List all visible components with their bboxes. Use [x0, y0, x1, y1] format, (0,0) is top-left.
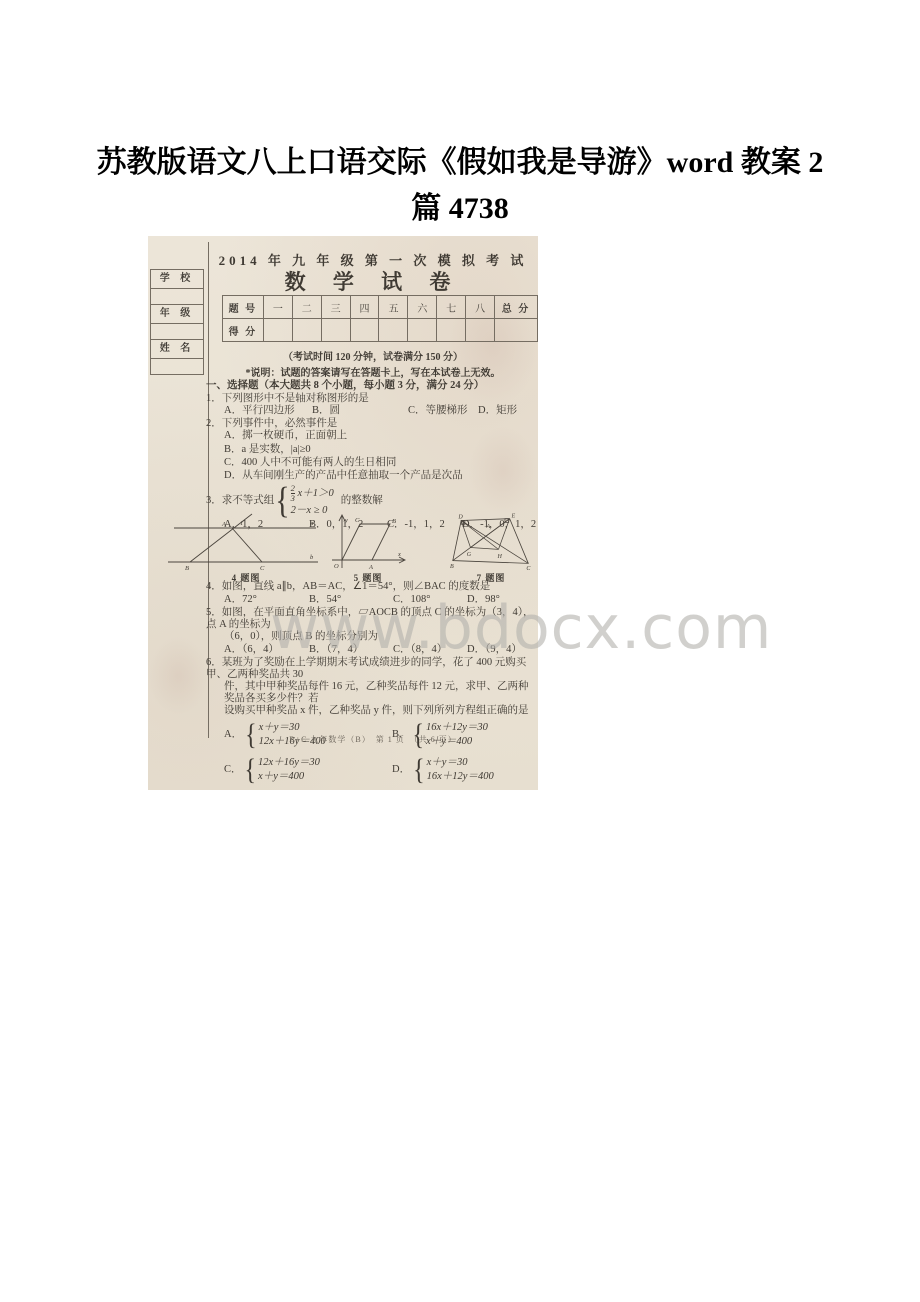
figures-row: A 1 a b B C 4 题图 y x O	[158, 512, 532, 582]
option-label: A．	[224, 729, 242, 741]
equation: x＋y＝400	[258, 770, 320, 784]
option: A．平行四边形	[224, 405, 312, 417]
score-table-blank-cell	[379, 319, 408, 342]
svg-text:G: G	[467, 552, 472, 558]
option-label: D．	[392, 764, 410, 776]
svg-text:B: B	[185, 565, 189, 570]
system-brace: {	[245, 762, 257, 777]
option: C．108°	[393, 594, 467, 606]
equation-system-d: D． { x＋y＝30 16x＋12y＝400	[392, 756, 538, 783]
question-6-stem: 6．某班为了奖励在上学期期末考试成绩进步的同学，花了 400 元购买甲、乙两种奖…	[206, 657, 538, 681]
equations: x＋y＝30 16x＋12y＝400	[427, 756, 494, 783]
exam-scan-image: 学 校 年 级 姓 名 2014 年 九 年 级 第 一 次 模 拟 考 试 数…	[148, 236, 538, 790]
equation: x＋y＝30	[427, 756, 494, 770]
score-table-cell: 五	[379, 296, 408, 319]
svg-text:C: C	[260, 565, 265, 570]
svg-text:A: A	[485, 524, 490, 530]
option: B．（7，4）	[309, 644, 393, 656]
question-1-stem: 1．下列图形中不是轴对称图形的是	[206, 393, 536, 405]
svg-text:A: A	[368, 564, 373, 570]
exam-instruction-note: *说明：试题的答案请写在答题卡上，写在本试卷上无效。	[214, 364, 532, 379]
svg-text:H: H	[497, 554, 503, 560]
exam-page-footer: B+C 九年数学（B） 第 1 页 （共 6 页）	[243, 734, 503, 745]
inequality-1: 23 x＋1＞0	[291, 484, 334, 503]
option: B．圆	[312, 405, 408, 417]
score-table-cell: 得 分	[223, 319, 264, 342]
system-brace: {	[275, 494, 289, 508]
score-table-cell: 八	[466, 296, 495, 319]
question-5-options: A．（6，4） B．（7，4） C．（8，4） D．（9，4）	[206, 644, 538, 656]
scan-bleedthrough-mark	[148, 636, 208, 716]
equation: 12x＋16y＝30	[258, 756, 320, 770]
question-3-suffix: 的整数解	[341, 495, 383, 507]
score-table-cell: 六	[408, 296, 437, 319]
option-label: C．	[224, 764, 242, 776]
score-table-blank-cell	[263, 319, 292, 342]
svg-text:D: D	[457, 515, 463, 521]
option: A．掷一枚硬币，正面朝上	[206, 430, 536, 442]
questions-block-bottom: 4．如图，直线 a∥b，AB＝AC，∠1＝54°，则∠BAC 的度数是 A．72…	[206, 580, 538, 783]
document-page: 苏教版语文八上口语交际《假如我是导游》word 教案 2 篇 4738 学 校 …	[0, 0, 920, 1302]
question-5-stem-continued: （6，0），则顶点 B 的坐标分别为	[206, 631, 538, 643]
svg-text:C: C	[526, 566, 531, 570]
page-title-line1: 苏教版语文八上口语交际《假如我是导游》word 教案 2	[60, 140, 860, 186]
equations: 12x＋16y＝30 x＋y＝400	[258, 756, 320, 783]
score-table-cell: 题 号	[223, 296, 264, 319]
question-6-stem-continued: 设购买甲种奖品 x 件，乙种奖品 y 件，则下列所列方程组正确的是	[206, 705, 538, 717]
score-table-blank-cell	[408, 319, 437, 342]
score-table-blank-cell	[292, 319, 321, 342]
inequality-1-rest: x＋1＞0	[298, 488, 334, 499]
exam-time-note: （考试时间 120 分钟，试卷满分 150 分）	[214, 348, 532, 363]
score-table-cell: 三	[321, 296, 350, 319]
svg-text:1: 1	[240, 520, 243, 527]
score-table-cell: 七	[437, 296, 466, 319]
fraction: 23	[291, 484, 295, 503]
question-6-equation-systems: A． { x＋y＝30 12x＋16y＝400 B． { 16x＋12y＝30 …	[206, 721, 538, 783]
school-field-blank	[150, 288, 204, 305]
student-info-column: 学 校 年 级 姓 名	[150, 270, 204, 375]
question-3-prefix: 3．求不等式组	[206, 495, 274, 507]
figure-4-drawing: A 1 a b B C	[166, 512, 326, 570]
option: D．从车间刚生产的产品中任意抽取一个产品是次品	[206, 470, 536, 482]
score-table-cell: 总 分	[495, 296, 538, 319]
score-table-cell: 一	[263, 296, 292, 319]
score-table-blank-cell	[466, 319, 495, 342]
questions-block-top: 一、选择题（本大题共 8 个小题，每小题 3 分，满分 24 分） 1．下列图形…	[206, 380, 536, 531]
svg-text:b: b	[310, 554, 314, 561]
figure-5-drawing: y x O A B C	[328, 512, 408, 570]
score-table-score-row: 得 分	[223, 319, 538, 342]
fraction-numerator: 2	[291, 483, 295, 493]
svg-text:C: C	[355, 517, 360, 524]
figure-7-drawing: D E A G H B C	[450, 512, 532, 570]
question-4-options: A．72° B．54° C．108° D．98°	[206, 594, 538, 606]
equation: 16x＋12y＝400	[427, 770, 494, 784]
svg-text:A: A	[221, 521, 226, 528]
svg-text:E: E	[511, 514, 516, 520]
score-table-cell: 四	[350, 296, 379, 319]
score-table-header-row: 题 号 一 二 三 四 五 六 七 八 总 分	[223, 296, 538, 319]
equation-system-c: C． { 12x＋16y＝30 x＋y＝400	[224, 756, 392, 783]
option: D．矩形	[478, 405, 517, 417]
score-table-blank-cell	[437, 319, 466, 342]
question-6-stem-continued: 件，其中甲种奖品每件 16 元，乙种奖品每件 12 元，求甲、乙两种奖品各买多少…	[206, 681, 538, 705]
svg-text:a: a	[310, 520, 313, 527]
name-field-label: 姓 名	[150, 339, 204, 359]
svg-text:x: x	[397, 551, 401, 558]
name-field-blank	[150, 358, 204, 375]
score-table-blank-cell	[321, 319, 350, 342]
page-title: 苏教版语文八上口语交际《假如我是导游》word 教案 2 篇 4738	[60, 140, 860, 232]
question-4-stem: 4．如图，直线 a∥b，AB＝AC，∠1＝54°，则∠BAC 的度数是	[206, 581, 538, 593]
figure-question-7: D E A G H B C 7 题图	[450, 512, 532, 584]
score-table: 题 号 一 二 三 四 五 六 七 八 总 分 得 分	[222, 295, 538, 342]
question-5-stem: 5．如图，在平面直角坐标系中，▱AOCB 的顶点 C 的坐标为（3，4），点 A…	[206, 607, 538, 631]
option: A．（6，4）	[224, 644, 309, 656]
option: D．（9，4）	[467, 644, 522, 656]
fraction-denominator: 3	[291, 493, 295, 503]
figure-question-4: A 1 a b B C 4 题图	[166, 512, 326, 584]
score-table-blank-cell	[350, 319, 379, 342]
option: C．等腰梯形	[408, 405, 478, 417]
equation: 16x＋12y＝30	[426, 721, 488, 735]
equation: x＋y＝30	[259, 721, 326, 735]
figure-question-5: y x O A B C 5 题图	[328, 512, 408, 584]
svg-text:B: B	[392, 518, 396, 525]
question-1-options: A．平行四边形 B．圆 C．等腰梯形 D．矩形	[206, 405, 536, 417]
option: C．400 人中不可能有两人的生日相同	[206, 457, 536, 469]
exam-subject-title: 数 学 试 卷	[214, 266, 532, 296]
svg-text:y: y	[344, 517, 348, 524]
option: C．（8，4）	[393, 644, 467, 656]
svg-text:B: B	[450, 564, 454, 570]
option: D．98°	[467, 594, 500, 606]
option: B．a 是实数，|a|≥0	[206, 444, 536, 456]
grade-field-label: 年 级	[150, 304, 204, 324]
score-table-blank-cell	[495, 319, 538, 342]
section-heading: 一、选择题（本大题共 8 个小题，每小题 3 分，满分 24 分）	[206, 380, 536, 392]
option: B．54°	[309, 594, 393, 606]
grade-field-blank	[150, 323, 204, 340]
system-brace: {	[413, 762, 425, 777]
question-2-stem: 2．下列事件中，必然事件是	[206, 418, 536, 430]
page-title-line2: 篇 4738	[60, 186, 860, 232]
option: A．72°	[224, 594, 309, 606]
school-field-label: 学 校	[150, 269, 204, 289]
svg-text:O: O	[334, 563, 339, 570]
score-table-cell: 二	[292, 296, 321, 319]
